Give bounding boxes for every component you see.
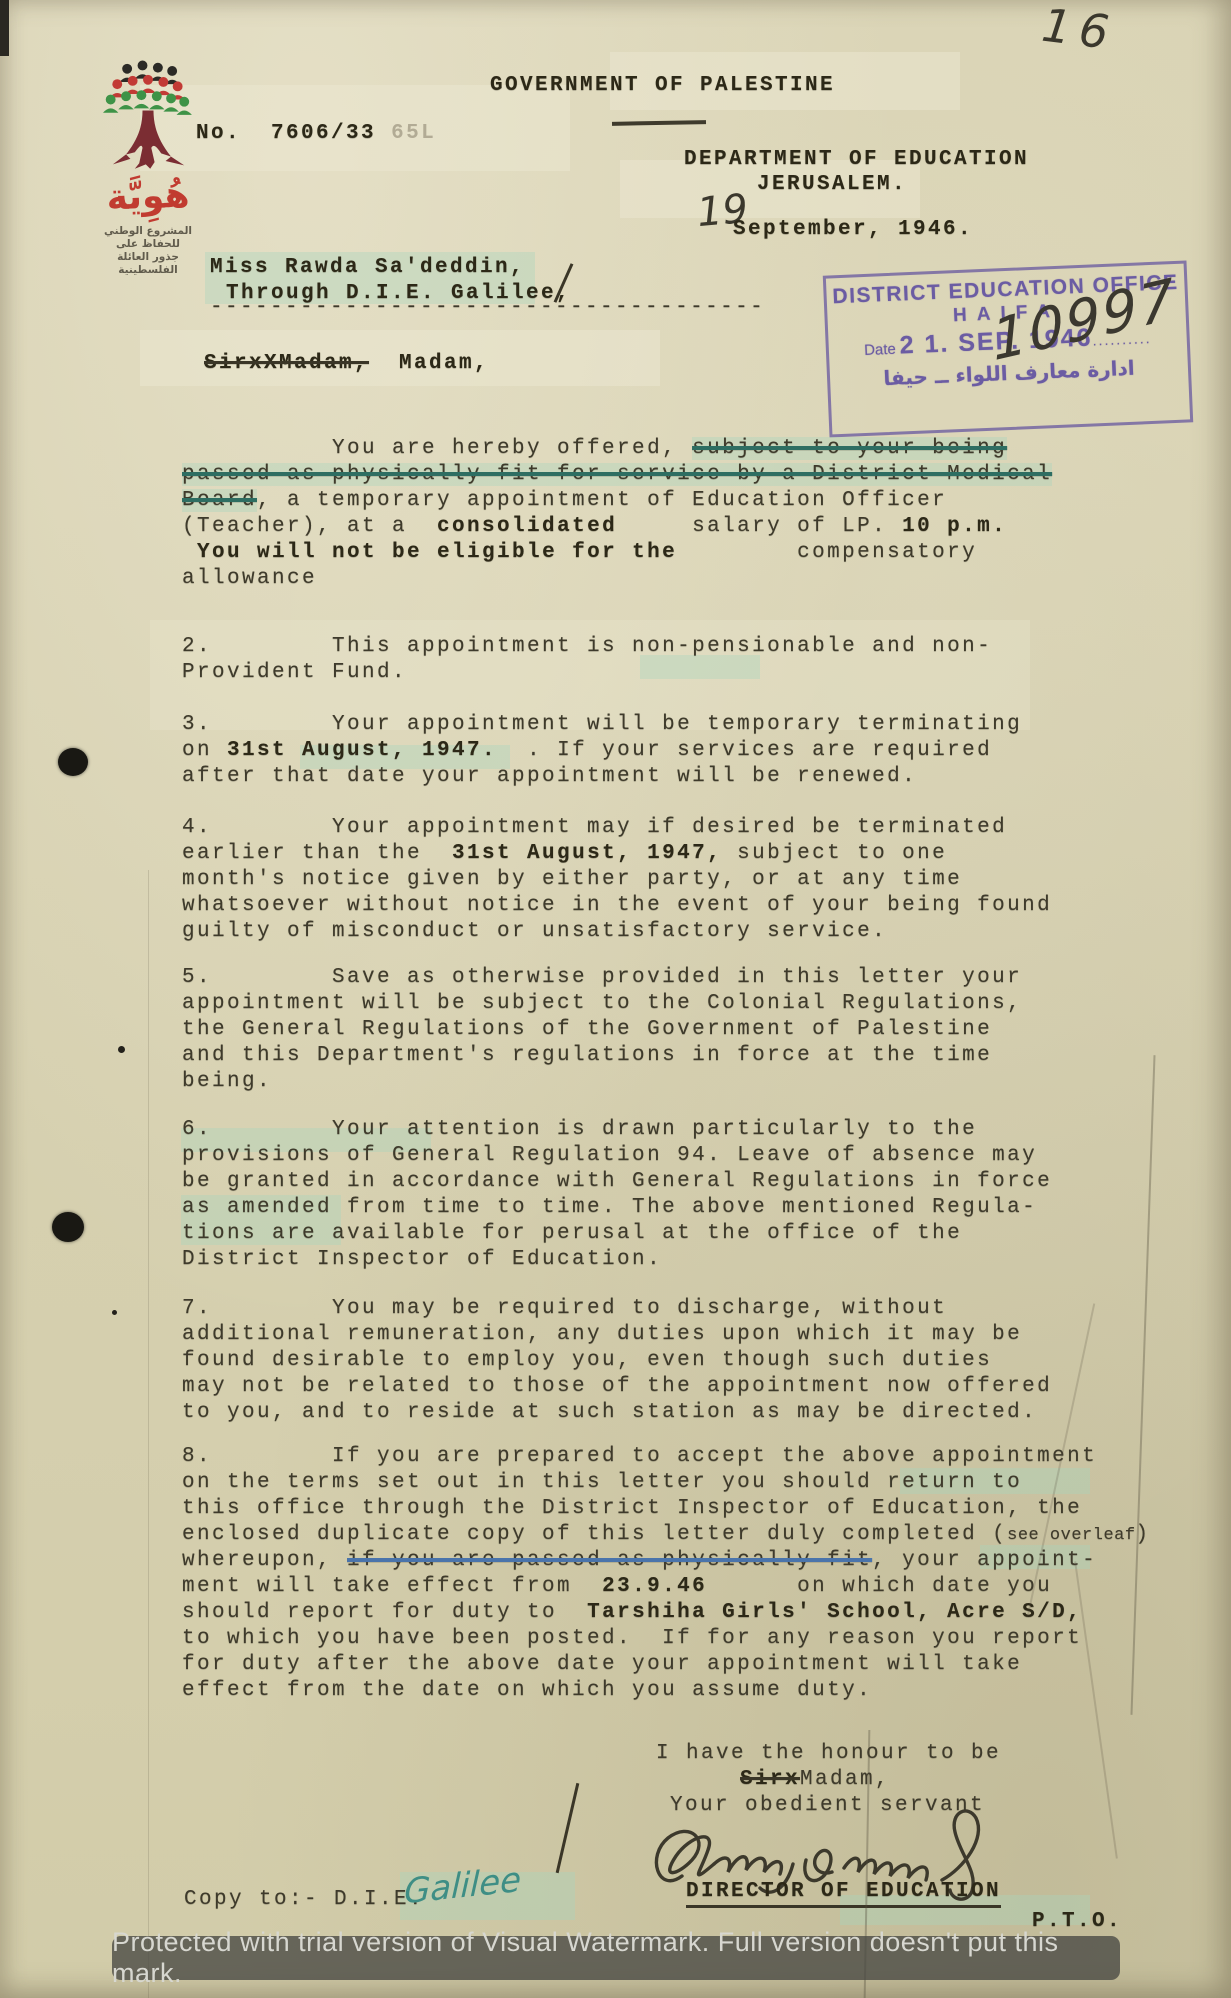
logo-tagline: المشروع الوطني للحفاظ على جذور العائلة ا… bbox=[88, 225, 208, 277]
typed-line: this office through the District Inspect… bbox=[182, 1496, 1151, 1522]
hole-punch bbox=[58, 748, 88, 776]
typed-line: 4. Your appointment may if desired be te… bbox=[182, 815, 1052, 841]
paragraph: 6. Your attention is drawn particularly … bbox=[182, 1117, 1052, 1273]
hole-punch bbox=[52, 1212, 84, 1242]
typed-line: as amended from time to time. The above … bbox=[182, 1195, 1052, 1221]
paragraph: 3. Your appointment will be temporary te… bbox=[182, 712, 1022, 790]
closing-struck: Sirx bbox=[740, 1768, 800, 1791]
addressee-separator: ------------------------------------- bbox=[210, 296, 765, 319]
typed-line: 8. If you are prepared to accept the abo… bbox=[182, 1444, 1151, 1470]
typed-line: 7. You may be required to discharge, wit… bbox=[182, 1296, 1052, 1322]
typed-line: on the terms set out in this letter you … bbox=[182, 1470, 1151, 1496]
typed-line: 6. Your attention is drawn particularly … bbox=[182, 1117, 1052, 1143]
city-line: JERUSALEM. bbox=[757, 173, 907, 196]
typed-line: found desirable to employ you, even thou… bbox=[182, 1348, 1052, 1374]
typed-line: You are hereby offered, subject to your … bbox=[182, 436, 1052, 462]
typed-line: to you, and to reside at such station as… bbox=[182, 1400, 1052, 1426]
typed-line: 3. Your appointment will be temporary te… bbox=[182, 712, 1022, 738]
scan-edge-mark bbox=[0, 0, 9, 56]
typed-line: 5. Save as otherwise provided in this le… bbox=[182, 965, 1022, 991]
paragraph: 8. If you are prepared to accept the abo… bbox=[182, 1444, 1151, 1704]
pen-slash-mark bbox=[556, 1783, 579, 1873]
typed-line: to which you have been posted. If for an… bbox=[182, 1626, 1151, 1652]
organization-logo: هُوِيَّة المشروع الوطني للحفاظ على جذور … bbox=[88, 60, 208, 277]
typed-line: may not be related to those of the appoi… bbox=[182, 1374, 1052, 1400]
typed-line: provisions of General Regulation 94. Lea… bbox=[182, 1143, 1052, 1169]
salutation-struck: SirxXMadam, bbox=[204, 352, 369, 375]
typed-line: effect from the date on which you assume… bbox=[182, 1678, 1151, 1704]
typed-line: guilty of misconduct or unsatisfactory s… bbox=[182, 919, 1052, 945]
typed-line: month's notice given by either party, or… bbox=[182, 867, 1052, 893]
typed-line: (Teacher), at a consolidated salary of L… bbox=[182, 514, 1052, 540]
reference-faint-text: 65L bbox=[391, 122, 436, 145]
paragraph: 4. Your appointment may if desired be te… bbox=[182, 815, 1052, 945]
title-underline bbox=[612, 120, 706, 126]
typed-line: whereupon, if you are passed as physical… bbox=[182, 1548, 1151, 1574]
closing-madam: Madam, bbox=[800, 1768, 890, 1791]
typed-line: on 31st August, 1947. . If your services… bbox=[182, 738, 1022, 764]
family-tree-logo-icon bbox=[93, 60, 203, 172]
typed-line: allowance bbox=[182, 566, 1052, 592]
typed-line: enclosed duplicate copy of this letter d… bbox=[182, 1522, 1151, 1548]
copy-to-line: Copy to:- D.I.E. bbox=[184, 1888, 424, 1911]
ink-speck bbox=[112, 1310, 117, 1315]
reference-number-line: No. 7606/33 65L bbox=[196, 122, 436, 145]
typed-line: being. bbox=[182, 1069, 1022, 1095]
typed-line: for duty after the above date your appoi… bbox=[182, 1652, 1151, 1678]
typed-date: September, 1946. bbox=[733, 218, 973, 241]
typed-line: whatsoever without notice in the event o… bbox=[182, 893, 1052, 919]
typed-line: 2. This appointment is non-pensionable a… bbox=[182, 634, 992, 660]
typed-line: be granted in accordance with General Re… bbox=[182, 1169, 1052, 1195]
typed-line: passed as physically fit for service by … bbox=[182, 462, 1052, 488]
typed-line: Board, a temporary appointment of Educat… bbox=[182, 488, 1052, 514]
closing-honour-line: I have the honour to be bbox=[656, 1742, 1001, 1765]
typed-line: after that date your appointment will be… bbox=[182, 764, 1022, 790]
typed-line: District Inspector of Education. bbox=[182, 1247, 1052, 1273]
ink-speck bbox=[118, 1046, 125, 1053]
paragraph: 2. This appointment is non-pensionable a… bbox=[182, 634, 992, 686]
scanned-letter-page: هُوِيَّة المشروع الوطني للحفاظ على جذور … bbox=[0, 0, 1231, 1998]
trial-watermark-bar: Protected with trial version of Visual W… bbox=[112, 1936, 1120, 1980]
director-title: DIRECTOR OF EDUCATION bbox=[686, 1880, 1001, 1908]
typed-line: appointment will be subject to the Colon… bbox=[182, 991, 1022, 1017]
salutation-text: Madam, bbox=[399, 352, 489, 375]
typed-line: earlier than the 31st August, 1947, subj… bbox=[182, 841, 1052, 867]
paragraph: 7. You may be required to discharge, wit… bbox=[182, 1296, 1052, 1426]
addressee-name: Miss Rawda Sa'deddin, bbox=[210, 256, 525, 279]
logo-arabic-name: هُوِيَّة bbox=[87, 175, 208, 219]
folio-number-handwritten: 16 bbox=[1039, 0, 1120, 60]
typed-line: ment will take effect from 23.9.46 on wh… bbox=[182, 1574, 1151, 1600]
government-title: GOVERNMENT OF PALESTINE bbox=[490, 74, 835, 97]
paper-crease bbox=[148, 870, 149, 1998]
typed-line: and this Department's regulations in for… bbox=[182, 1043, 1022, 1069]
typed-line: tions are available for perusal at the o… bbox=[182, 1221, 1052, 1247]
department-title: DEPARTMENT OF EDUCATION bbox=[684, 148, 1029, 171]
paragraph: You are hereby offered, subject to your … bbox=[182, 436, 1052, 592]
typed-line: additional remuneration, any duties upon… bbox=[182, 1322, 1052, 1348]
typed-line: should report for duty to Tarshiha Girls… bbox=[182, 1600, 1151, 1626]
salutation-line: SirxXMadam, Madam, bbox=[204, 352, 489, 375]
typed-line: the General Regulations of the Governmen… bbox=[182, 1017, 1022, 1043]
typed-line: Provident Fund. bbox=[182, 660, 992, 686]
paragraph: 5. Save as otherwise provided in this le… bbox=[182, 965, 1022, 1095]
typed-line: You will not be eligible for the compens… bbox=[182, 540, 1052, 566]
